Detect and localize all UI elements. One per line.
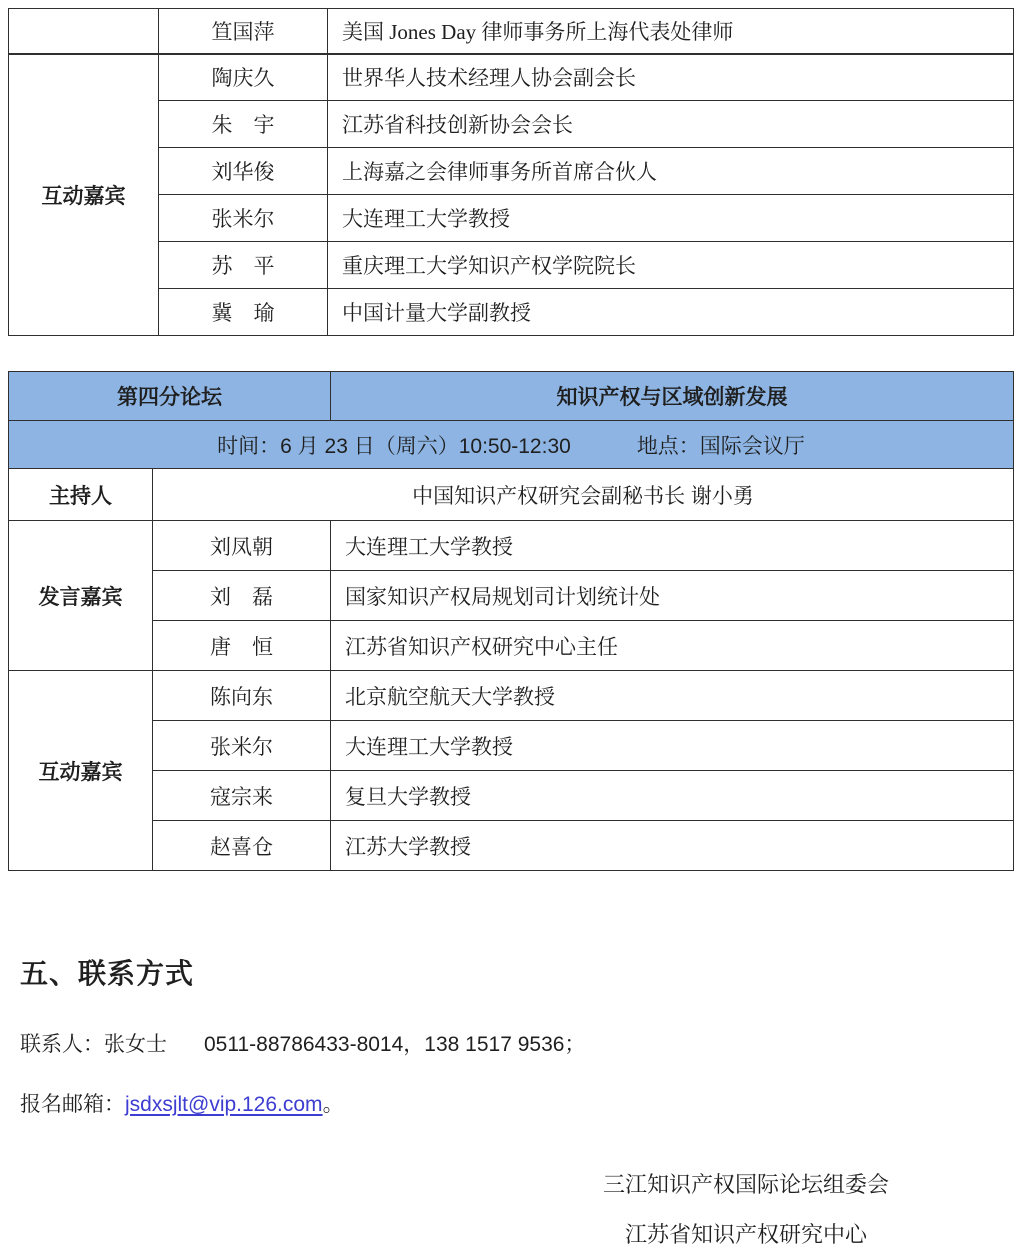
table-row: 第四分论坛 知识产权与区域创新发展 xyxy=(9,372,1014,421)
guest-title: 世界华人技术经理人协会副会长 xyxy=(328,54,1014,101)
guest-name: 刘 磊 xyxy=(153,571,331,621)
table-row: 张米尔 大连理工大学教授 xyxy=(9,195,1014,242)
guest-name: 陶庆久 xyxy=(159,54,328,101)
guest-title: 国家知识产权局规划司计划统计处 xyxy=(331,571,1014,621)
guest-title: 北京航空航天大学教授 xyxy=(331,671,1014,721)
contact-phone-numbers: 0511-88786433-8014，138 1517 9536； xyxy=(204,1033,585,1056)
schedule-location: 地点：国际会议厅 xyxy=(637,430,805,460)
section-label-host: 主持人 xyxy=(9,469,153,521)
guest-name: 苏 平 xyxy=(159,242,328,289)
table-row: 冀 瑜 中国计量大学副教授 xyxy=(9,289,1014,336)
guest-title: 复旦大学教授 xyxy=(331,771,1014,821)
guest-name: 陈向东 xyxy=(153,671,331,721)
guest-title: 江苏大学教授 xyxy=(331,821,1014,871)
table-row: 刘 磊 国家知识产权局规划司计划统计处 xyxy=(9,571,1014,621)
guest-title: 中国计量大学副教授 xyxy=(328,289,1014,336)
guest-name: 赵喜仓 xyxy=(153,821,331,871)
schedule-cell: 时间：6 月 23 日（周六）10:50-12:30 地点：国际会议厅 xyxy=(9,421,1014,469)
contact-section-heading: 五、联系方式 xyxy=(20,960,194,988)
guest-title: 上海嘉之会律师事务所首席合伙人 xyxy=(328,148,1014,195)
guest-title: 江苏省科技创新协会会长 xyxy=(328,101,1014,148)
contact-person-line: 联系人：张女士0511-88786433-8014，138 1517 9536； xyxy=(20,1033,585,1057)
guest-name: 张米尔 xyxy=(153,721,331,771)
table-row: 朱 宇 江苏省科技创新协会会长 xyxy=(9,101,1014,148)
table-row: 笪国萍 美国 Jones Day 律师事务所上海代表处律师 xyxy=(9,9,1014,54)
contact-person-label: 联系人：张女士 xyxy=(20,1033,167,1056)
table-row: 主持人 中国知识产权研究会副秘书长 谢小勇 xyxy=(9,469,1014,521)
guest-name: 笪国萍 xyxy=(159,9,328,54)
guest-title: 重庆理工大学知识产权学院院长 xyxy=(328,242,1014,289)
email-label: 报名邮箱： xyxy=(20,1093,125,1116)
table-row: 唐 恒 江苏省知识产权研究中心主任 xyxy=(9,621,1014,671)
table-row: 刘华俊 上海嘉之会律师事务所首席合伙人 xyxy=(9,148,1014,195)
section-label-panelists: 互动嘉宾 xyxy=(9,671,153,871)
table-row: 苏 平 重庆理工大学知识产权学院院长 xyxy=(9,242,1014,289)
forum-topic: 知识产权与区域创新发展 xyxy=(331,372,1014,421)
guest-title: 大连理工大学教授 xyxy=(331,521,1014,571)
email-link[interactable]: jsdxsjlt@vip.126.com xyxy=(125,1093,323,1116)
guest-name: 冀 瑜 xyxy=(159,289,328,336)
schedule-time: 时间：6 月 23 日（周六）10:50-12:30 xyxy=(217,430,571,460)
guest-name: 寇宗来 xyxy=(153,771,331,821)
guest-title: 江苏省知识产权研究中心主任 xyxy=(331,621,1014,671)
signoff-committee: 三江知识产权国际论坛组委会 xyxy=(603,1173,889,1197)
host-name: 中国知识产权研究会副秘书长 谢小勇 xyxy=(153,469,1014,521)
section-label-panelists: 互动嘉宾 xyxy=(9,54,159,336)
section-label-speakers: 发言嘉宾 xyxy=(9,521,153,671)
table-row: 张米尔 大连理工大学教授 xyxy=(9,721,1014,771)
email-period: 。 xyxy=(323,1093,344,1116)
guest-name: 刘华俊 xyxy=(159,148,328,195)
forum4-table: 第四分论坛 知识产权与区域创新发展 时间：6 月 23 日（周六）10:50-1… xyxy=(8,371,1014,871)
table-row: 发言嘉宾 刘凤朝 大连理工大学教授 xyxy=(9,521,1014,571)
guest-name: 刘凤朝 xyxy=(153,521,331,571)
forum3-guest-table: 笪国萍 美国 Jones Day 律师事务所上海代表处律师 互动嘉宾 陶庆久 世… xyxy=(8,8,1014,336)
document-page: 笪国萍 美国 Jones Day 律师事务所上海代表处律师 互动嘉宾 陶庆久 世… xyxy=(0,0,1024,1259)
guest-title: 大连理工大学教授 xyxy=(331,721,1014,771)
guest-name: 朱 宇 xyxy=(159,101,328,148)
table-row: 赵喜仓 江苏大学教授 xyxy=(9,821,1014,871)
guest-name: 唐 恒 xyxy=(153,621,331,671)
table-row: 互动嘉宾 陶庆久 世界华人技术经理人协会副会长 xyxy=(9,54,1014,101)
table-row: 寇宗来 复旦大学教授 xyxy=(9,771,1014,821)
guest-title: 大连理工大学教授 xyxy=(328,195,1014,242)
table-row: 互动嘉宾 陈向东 北京航空航天大学教授 xyxy=(9,671,1014,721)
empty-section-cell xyxy=(9,9,159,54)
guest-title: 美国 Jones Day 律师事务所上海代表处律师 xyxy=(328,9,1014,54)
signoff-center: 江苏省知识产权研究中心 xyxy=(625,1223,867,1247)
contact-email-line: 报名邮箱：jsdxsjlt@vip.126.com。 xyxy=(20,1093,344,1117)
forum-number: 第四分论坛 xyxy=(9,372,331,421)
table-row: 时间：6 月 23 日（周六）10:50-12:30 地点：国际会议厅 xyxy=(9,421,1014,469)
guest-name: 张米尔 xyxy=(159,195,328,242)
